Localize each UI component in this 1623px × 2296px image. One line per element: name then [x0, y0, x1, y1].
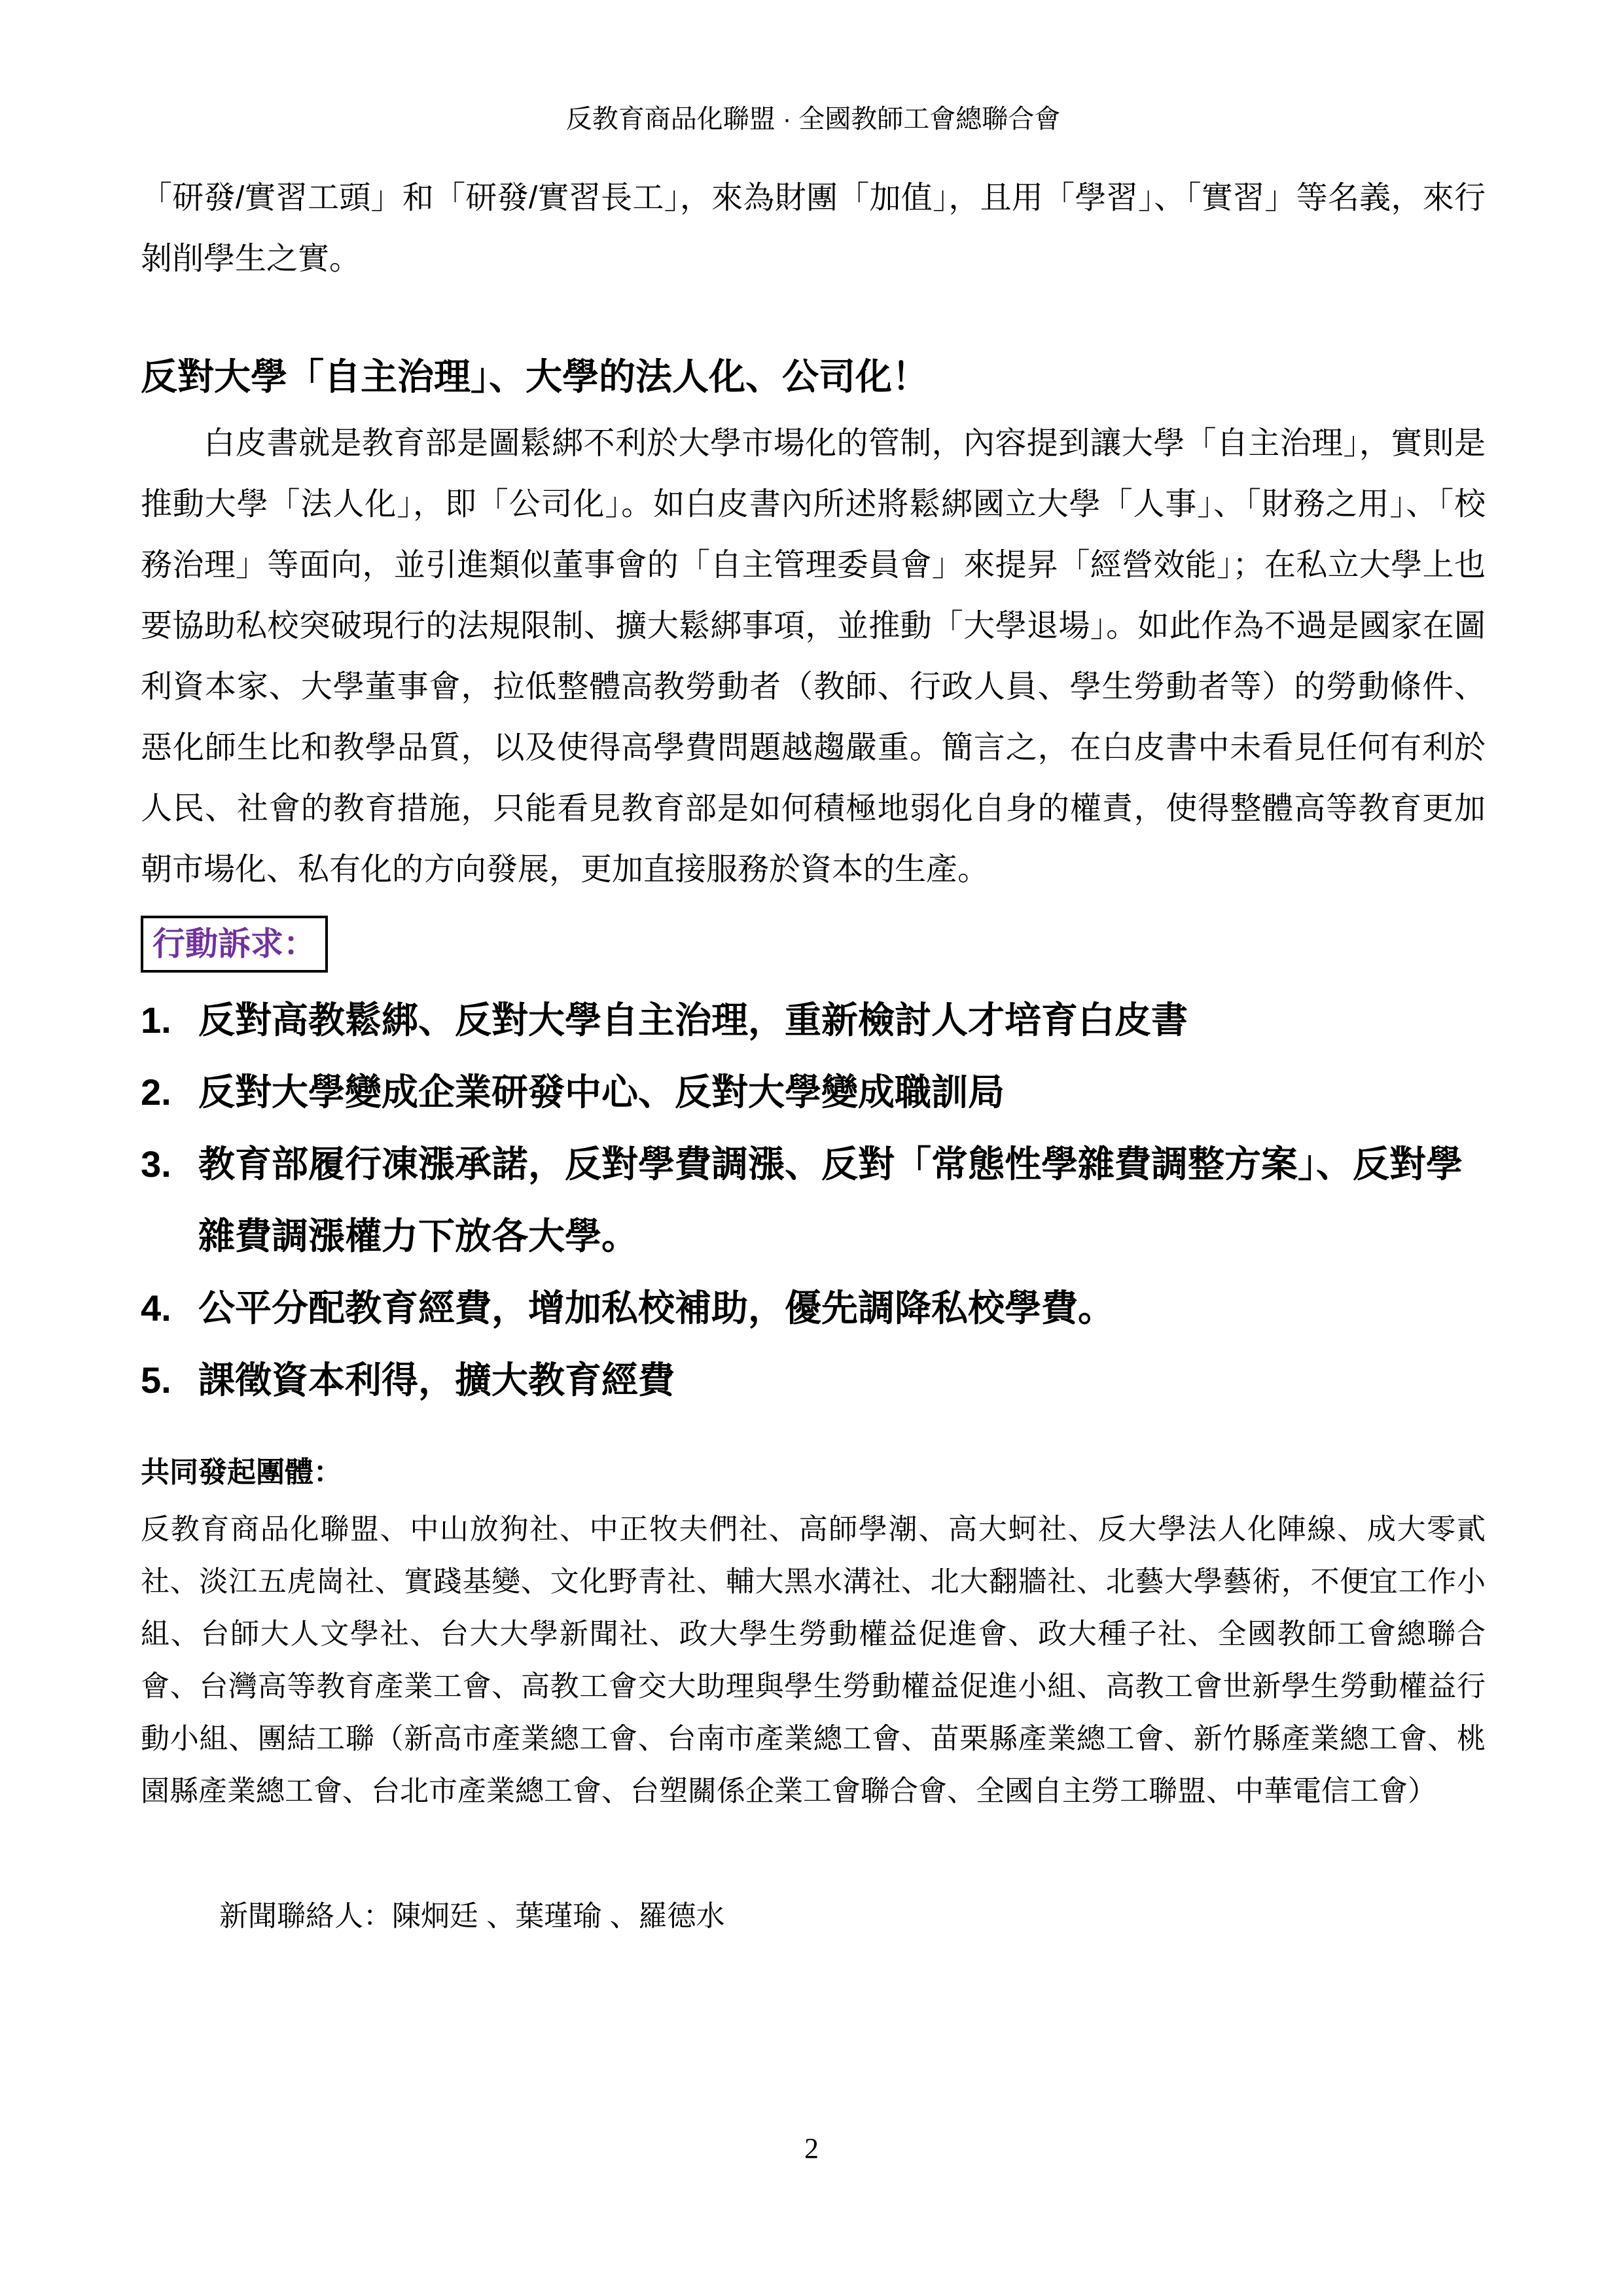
demand-number: 4. [141, 1272, 198, 1344]
cosigners-list: 反教育商品化聯盟、中山放狗社、中正牧夫們社、高師學潮、高大蚵社、反大學法人化陣線… [141, 1503, 1486, 1818]
demand-text: 公平分配教育經費，增加私校補助，優先調降私校學費。 [198, 1272, 1486, 1344]
page-number: 2 [0, 2132, 1623, 2165]
page-header: 反教育商品化聯盟 · 全國教師工會總聯合會 [141, 103, 1486, 135]
demand-item-2: 2. 反對大學變成企業研發中心、反對大學變成職訓局 [141, 1056, 1486, 1128]
demands-label: 行動訴求： [152, 925, 316, 962]
demands-label-box: 行動訴求： [141, 916, 328, 973]
demand-number: 5. [141, 1344, 198, 1416]
press-contact: 新聞聯絡人：陳炯廷 、葉瑾瑜 、羅德水 [141, 1896, 1486, 1937]
demand-text: 教育部履行凍漲承諾，反對學費調漲、反對「常態性學雜費調整方案」、反對學雜費調漲權… [198, 1128, 1486, 1272]
demand-item-3: 3. 教育部履行凍漲承諾，反對學費調漲、反對「常態性學雜費調整方案」、反對學雜費… [141, 1128, 1486, 1272]
intro-paragraph: 「研發/實習工頭」和「研發/實習長工」，來為財團「加值」，且用「學習」、「實習」… [141, 168, 1486, 289]
section-heading: 反對大學「自主治理」、大學的法人化、公司化！ [141, 355, 1486, 399]
demands-list: 1. 反對高教鬆綁、反對大學自主治理，重新檢討人才培育白皮書 2. 反對大學變成… [141, 984, 1486, 1416]
cosigners-section: 共同發起團體： 反教育商品化聯盟、中山放狗社、中正牧夫們社、高師學潮、高大蚵社、… [141, 1456, 1486, 1818]
demand-text: 反對高教鬆綁、反對大學自主治理，重新檢討人才培育白皮書 [198, 984, 1486, 1056]
document-page: 反教育商品化聯盟 · 全國教師工會總聯合會 「研發/實習工頭」和「研發/實習長工… [0, 0, 1623, 2296]
demand-item-5: 5. 課徵資本利得，擴大教育經費 [141, 1344, 1486, 1416]
demand-item-4: 4. 公平分配教育經費，增加私校補助，優先調降私校學費。 [141, 1272, 1486, 1344]
demand-number: 3. [141, 1128, 198, 1272]
cosigners-label: 共同發起團體： [141, 1456, 1486, 1490]
demand-item-1: 1. 反對高教鬆綁、反對大學自主治理，重新檢討人才培育白皮書 [141, 984, 1486, 1056]
demand-number: 1. [141, 984, 198, 1056]
demand-text: 反對大學變成企業研發中心、反對大學變成職訓局 [198, 1056, 1486, 1128]
demand-number: 2. [141, 1056, 198, 1128]
demand-text: 課徵資本利得，擴大教育經費 [198, 1344, 1486, 1416]
section-body: 白皮書就是教育部是圖鬆綁不利於大學市場化的管制，內容提到讓大學「自主治理」，實則… [141, 413, 1486, 900]
